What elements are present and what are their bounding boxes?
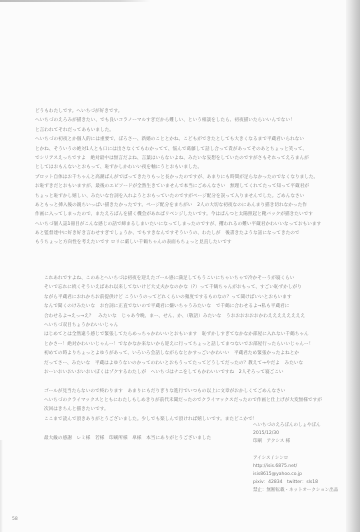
book-gutter-shadow xyxy=(346,0,360,532)
colophon-date: 2015/12/30 xyxy=(253,430,338,438)
colophon-notice: 禁止：無断転載・ネットオークション出品 xyxy=(253,487,338,495)
text-line: ちょっと恥ずかし嬉しい、みたいな台詞を入れようとおもっていたのですがページ配分を… xyxy=(35,192,335,201)
intro-text-block: どうもわたしです。へいちづが好きです。へいちづのえろみが描きたい、でも良いコラノ… xyxy=(35,107,335,248)
text-line: へいちづのえろみが描きたい、でも良いコラノーマルすぎだから難しい、という相談をし… xyxy=(35,116,335,125)
page-number: 58 xyxy=(12,517,18,522)
paragraph-gap xyxy=(44,377,334,386)
afterword-text-block: これあれですよね、このあとへいちづは初夜を迎えたゴール感に満足してもうこいにちゃ… xyxy=(44,274,334,443)
text-line: へいちづ双目ちょうかわいいじゃん xyxy=(44,321,334,330)
text-line: とかね、そういうの絶対1人とも口には出さなくてもわかってて、悩んで葛藤して話し合… xyxy=(35,145,335,154)
text-line: 作画に入ってしまったので、またえろぱんを描く機会があればリベンジしたいです。今は… xyxy=(35,210,335,219)
text-line: とかさー！絶対かわいいじゃんー！でなかなか来ないから迎えに行ってちょっと話してま… xyxy=(44,340,334,349)
text-line: もうちょっと方向性を考えたいです ロリに厳しい千鶴ちゃんの表面もちょっと見直した… xyxy=(35,238,335,247)
text-line: お恥ずきだとおもいますが、最後のエピソードが全然生きていませんで本当にごめんなさ… xyxy=(35,182,335,191)
text-line: あと監督達中に好き好き言わせすぎでしょうか、でもすきなんですそういうの、わたしが… xyxy=(35,229,335,238)
text-line: 次回はきちんと描きたいです。 xyxy=(44,405,334,414)
page-left-edge xyxy=(0,440,3,532)
text-line: ゴールが見当たらないので終わります あまりにもだりぎりな進行でいつもの以上に文章… xyxy=(44,387,334,396)
text-line: としてはおもんないとおもって、恥ずかしかわいい夜を軸にうとおもいました。 xyxy=(35,163,335,172)
text-line: はじめてとは全然違う感じで緊張してたらめっちゃかわいいとおもいます 恥ずかしすぎ… xyxy=(44,330,334,339)
colophon-social: pixiv：42834 twitter：sls18 xyxy=(253,479,338,487)
text-line: プロット自体はお千ちゃんと高潮ぱんがでばってきたりもっと長かったのですが、あまり… xyxy=(35,173,335,182)
colophon-title: へいちづのえろぼんのしょやぼん xyxy=(253,422,338,430)
text-line: へいちづのクライマックスとともにわたしもしめきりが前代未聞だったのでクライマック… xyxy=(44,396,334,405)
text-line: ながら平蔵君におれかちお前提供けど こういうのってどれくらいの頻度でするものなの… xyxy=(44,293,334,302)
text-line: 合わせるよ→えっ→え？ みたいな じゃあ今晩、まー、せん、か、（敬語）みたいな … xyxy=(44,312,334,321)
text-line: でシリアスえっちですよ 絶対最中は無言だよね、言葉はいらないよね、みたいな妄想を… xyxy=(35,154,335,163)
colophon-url: http://isis.6875.net/ xyxy=(253,463,338,471)
colophon-email: isis8615@yahoo.co.jp xyxy=(253,471,338,479)
text-line: そいで忘れに続くそういえばあれ以来してないけど大丈夫かなのかな（?）って千鶴ちゃ… xyxy=(44,283,334,292)
text-line: と言われてそれだってあもいました。 xyxy=(35,126,335,135)
text-line: どうもわたしです。へいちづが好きです。 xyxy=(35,107,335,116)
text-line: なんで聞くのけみたいな お台詞に正直でないので平蔵君に嫌いちゃうみたいな で千鶴… xyxy=(44,302,334,311)
text-line: あともっと挿入後の親ちいっぱい描きたかったです。ページ配分をまちがい 2人の大切… xyxy=(35,201,335,210)
colophon: へいちづのえろぼんのしょやぼん 2015/12/30 印刷 アクシス 様 アイシ… xyxy=(253,422,338,496)
text-line: おーいおいおいおいおいぼくはゾクするわたしが へいちづはナニをしてもかわいいです… xyxy=(44,368,334,377)
colophon-printer: 印刷 アクシス 様 xyxy=(253,438,338,446)
text-line: へいちづ個人誌1冊目がこんな感じの話で締まるしまいたいになってしまったのですが、… xyxy=(35,220,335,229)
page-top-edge xyxy=(0,0,150,2)
text-line: だってさー、みたいな 平蔵はよゆうないのかってのわいとおもうってたってどうしてだ… xyxy=(44,359,334,368)
text-line: 初めての時よりちょっとよゆうがあって、いろいろ会話しながらなとかすっごいかわいい… xyxy=(44,349,334,358)
colophon-author: アイシス / シンロ xyxy=(253,455,338,463)
text-line: これあれですよね、このあとへいちづは初夜を迎えたゴール感に満足してもうこいにちゃ… xyxy=(44,274,334,283)
text-line: へいちづの初夜とか個人的には重要で、ぼろさー、新婚のこととかね、こどもができたと… xyxy=(35,135,335,144)
colophon-spacer xyxy=(253,447,338,455)
